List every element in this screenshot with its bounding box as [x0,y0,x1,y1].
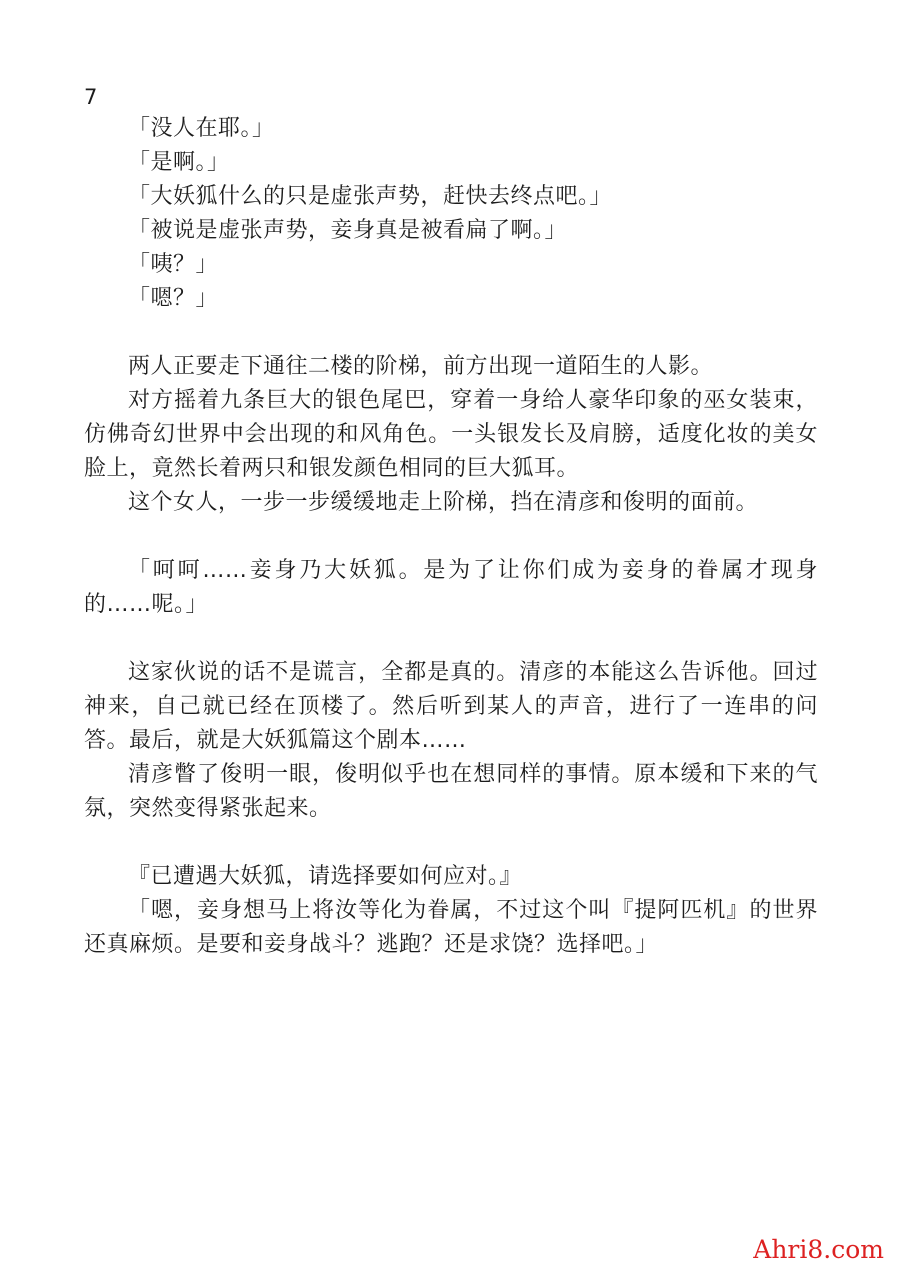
paragraph: 两人正要走下通往二楼的阶梯，前方出现一道陌生的人影。 [84,350,818,384]
dialogue-line: 「被说是虚张声势，妾身真是被看扁了啊。」 [84,214,818,248]
paragraph: 这家伙说的话不是谎言，全都是真的。清彦的本能这么告诉他。回过神来，自己就已经在顶… [84,656,818,758]
page-number: 7 [84,84,97,110]
narration-block: 这家伙说的话不是谎言，全都是真的。清彦的本能这么告诉他。回过神来，自己就已经在顶… [84,656,818,826]
dialogue-line: 「咦？」 [84,248,818,282]
dialogue-line: 「是啊。」 [84,146,818,180]
dialogue-block: 「呵呵……妾身乃大妖狐。是为了让你们成为妾身的眷属才现身的……呢。」 [84,554,818,622]
system-dialogue-block: 『已遭遇大妖狐，请选择要如何应对。』 「嗯，妾身想马上将汝等化为眷属，不过这个叫… [84,860,818,962]
watermark: Ahri8.com [753,1236,884,1264]
novel-page: 7 「没人在耶。」 「是啊。」 「大妖狐什么的只是虚张声势，赶快去终点吧。」 「… [0,0,900,1274]
dialogue-line: 「大妖狐什么的只是虚张声势，赶快去终点吧。」 [84,180,818,214]
dialogue-line: 「呵呵……妾身乃大妖狐。是为了让你们成为妾身的眷属才现身的……呢。」 [84,554,818,622]
narration-block: 两人正要走下通往二楼的阶梯，前方出现一道陌生的人影。 对方摇着九条巨大的银色尾巴… [84,350,818,520]
paragraph: 这个女人，一步一步缓缓地走上阶梯，挡在清彦和俊明的面前。 [84,486,818,520]
paragraph: 清彦瞥了俊明一眼，俊明似乎也在想同样的事情。原本缓和下来的气氛，突然变得紧张起来… [84,758,818,826]
dialogue-block: 「没人在耶。」 「是啊。」 「大妖狐什么的只是虚张声势，赶快去终点吧。」 「被说… [84,112,818,316]
paragraph: 对方摇着九条巨大的银色尾巴，穿着一身给人豪华印象的巫女装束，仿佛奇幻世界中会出现… [84,384,818,486]
dialogue-line: 「没人在耶。」 [84,112,818,146]
system-message-line: 『已遭遇大妖狐，请选择要如何应对。』 [84,860,818,894]
dialogue-line: 「嗯？」 [84,282,818,316]
page-text-body: 「没人在耶。」 「是啊。」 「大妖狐什么的只是虚张声势，赶快去终点吧。」 「被说… [84,112,818,996]
dialogue-line: 「嗯，妾身想马上将汝等化为眷属，不过这个叫『提阿匹机』的世界还真麻烦。是要和妾身… [84,894,818,962]
